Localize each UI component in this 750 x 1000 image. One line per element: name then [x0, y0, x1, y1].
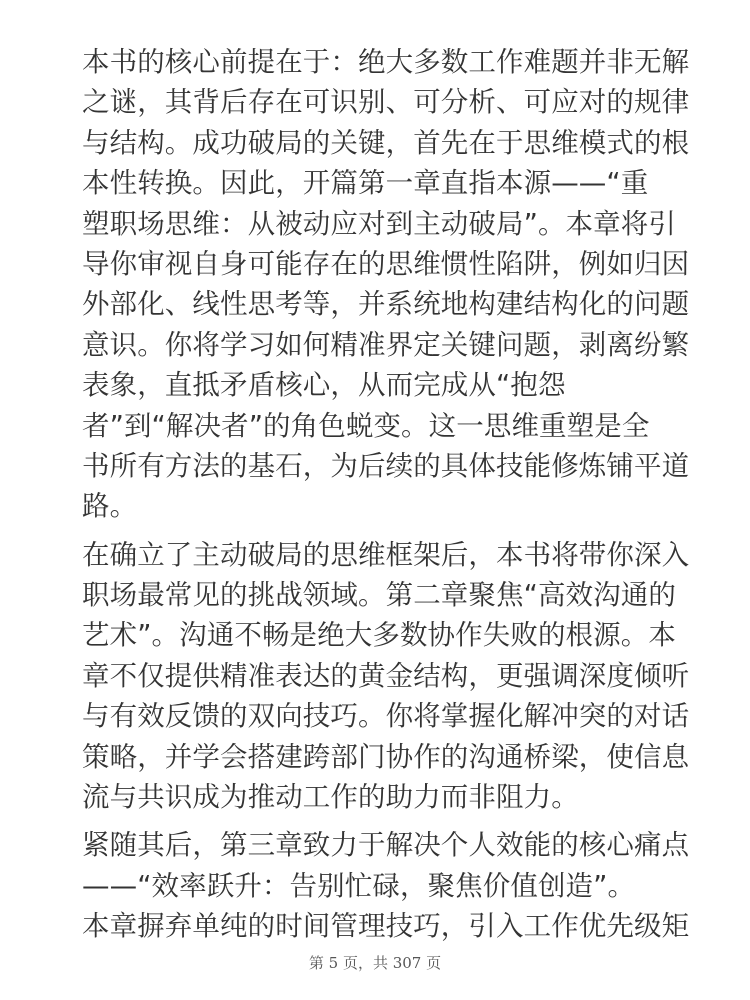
text-line: 书所有方法的基石，为后续的具体技能修炼铺平道	[82, 446, 672, 486]
text-line: 之谜，其背后存在可识别、可分析、可应对的规律	[82, 82, 672, 122]
text-line: 流与共识成为推动工作的助力而非阻力。	[82, 777, 672, 817]
text-line: 意识。你将学习如何精准界定关键问题，剥离纷繁	[82, 325, 672, 365]
paragraph-1: 本书的核心前提在于：绝大多数工作难题并非无解 之谜，其背后存在可识别、可分析、可…	[82, 42, 672, 527]
text-line: 章不仅提供精准表达的黄金结构，更强调深度倾听	[82, 656, 672, 696]
text-line: 策略，并学会搭建跨部门协作的沟通桥梁，使信息	[82, 737, 672, 777]
text-line: 塑职场思维：从被动应对到主动破局”。本章将引	[82, 204, 672, 244]
text-line: 艺术”。沟通不畅是绝大多数协作失败的根源。本	[82, 615, 672, 655]
text-line: 外部化、线性思考等，并系统地构建结构化的问题	[82, 284, 672, 324]
text-line: 与结构。成功破局的关键，首先在于思维模式的根	[82, 123, 672, 163]
text-line: 本书的核心前提在于：绝大多数工作难题并非无解	[82, 42, 672, 82]
text-line: 本性转换。因此，开篇第一章直指本源——“重	[82, 163, 672, 203]
paragraph-2: 在确立了主动破局的思维框架后，本书将带你深入 职场最常见的挑战领域。第二章聚焦“…	[82, 535, 672, 818]
document-page: 本书的核心前提在于：绝大多数工作难题并非无解 之谜，其背后存在可识别、可分析、可…	[82, 42, 672, 955]
text-line: 表象，直抵矛盾核心，从而完成从“抱怨	[82, 365, 672, 405]
text-line: 在确立了主动破局的思维框架后，本书将带你深入	[82, 535, 672, 575]
text-line: ——“效率跃升：告别忙碌，聚焦价值创造”。	[82, 866, 672, 906]
text-line: 本章摒弃单纯的时间管理技巧，引入工作优先级矩	[82, 906, 672, 946]
text-line: 路。	[82, 486, 672, 526]
paragraph-3: 紧随其后，第三章致力于解决个人效能的核心痛点 ——“效率跃升：告别忙碌，聚焦价值…	[82, 825, 672, 946]
text-line: 与有效反馈的双向技巧。你将掌握化解冲突的对话	[82, 696, 672, 736]
text-line: 职场最常见的挑战领域。第二章聚焦“高效沟通的	[82, 575, 672, 615]
text-line: 紧随其后，第三章致力于解决个人效能的核心痛点	[82, 825, 672, 865]
text-line: 者”到“解决者”的角色蜕变。这一思维重塑是全	[82, 406, 672, 446]
text-line: 导你审视自身可能存在的思维惯性陷阱，例如归因	[82, 244, 672, 284]
page-indicator: 第 5 页，共 307 页	[0, 952, 750, 973]
